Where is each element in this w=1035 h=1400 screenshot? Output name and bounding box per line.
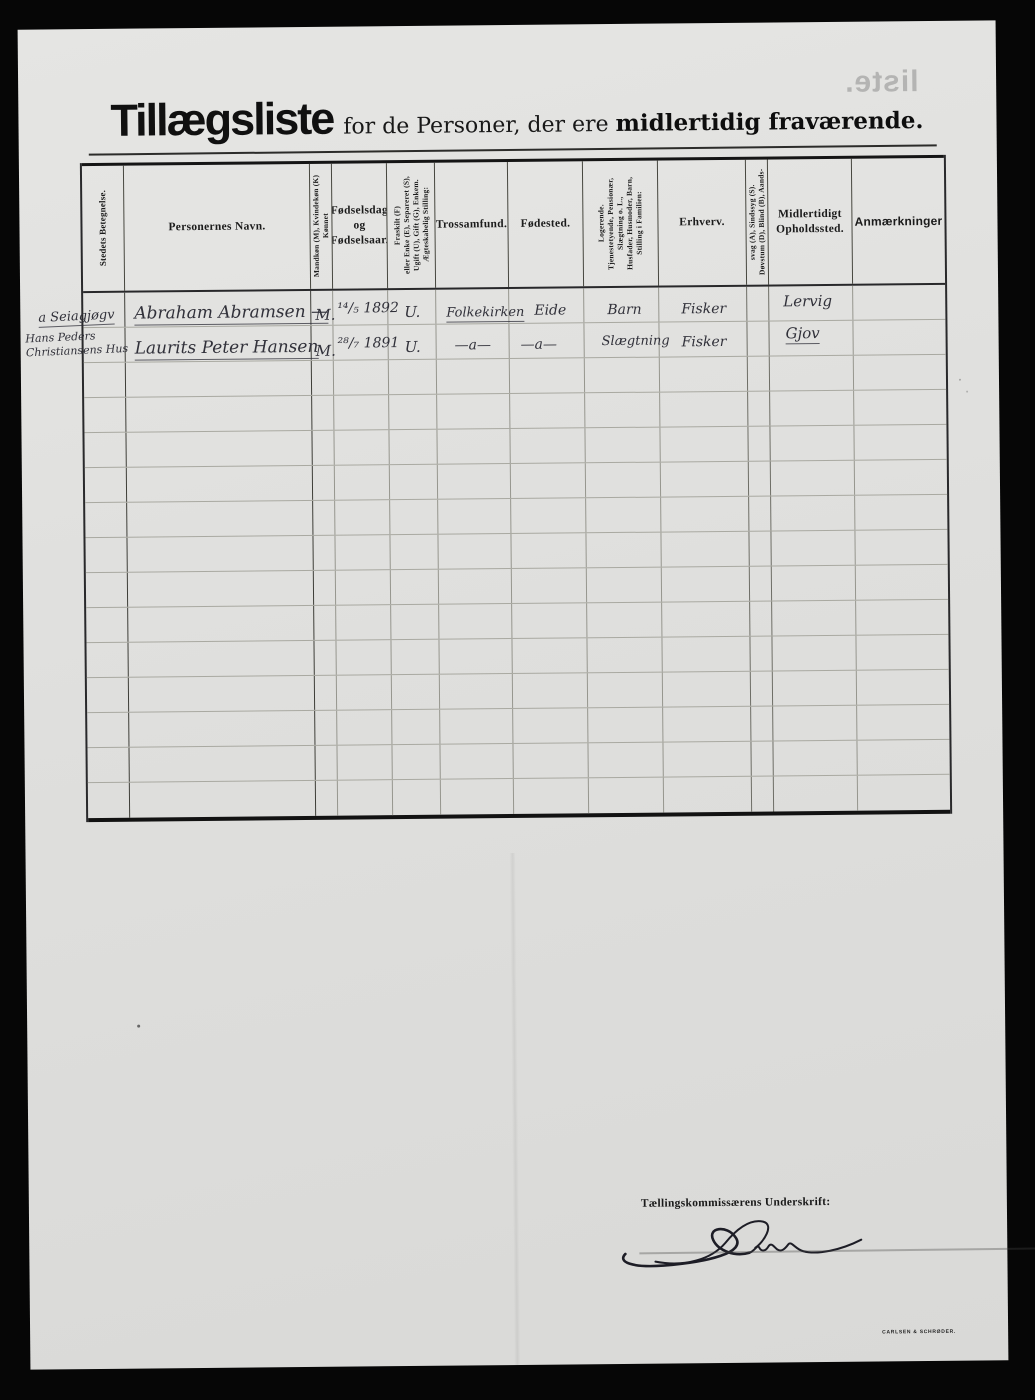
table-cell xyxy=(660,427,748,462)
table-cell xyxy=(511,498,586,533)
table-cell xyxy=(773,706,857,741)
table-cell xyxy=(585,358,660,393)
table-cell xyxy=(511,463,586,498)
table-cell xyxy=(587,603,662,638)
table-cell xyxy=(589,778,664,814)
table-row xyxy=(88,775,950,818)
table-cell xyxy=(313,536,335,570)
table-cell xyxy=(855,460,947,495)
table-cell xyxy=(314,606,336,640)
table-cell xyxy=(338,780,393,816)
table-cell xyxy=(126,431,312,467)
table-cell xyxy=(664,777,752,813)
table-cell xyxy=(87,748,129,782)
table-cell xyxy=(337,710,392,745)
ink-speck xyxy=(966,391,968,393)
table-cell xyxy=(586,498,661,533)
table-cell xyxy=(855,495,947,530)
table-cell xyxy=(440,744,513,779)
table-cell xyxy=(129,746,315,782)
table-cell xyxy=(312,431,334,465)
table-cell xyxy=(514,778,589,814)
table-cell xyxy=(662,602,750,637)
table-cell xyxy=(129,676,315,712)
table-cell xyxy=(773,741,857,776)
table-cell xyxy=(663,707,751,742)
table-cell xyxy=(392,710,440,744)
table-cell xyxy=(335,535,390,570)
table-cell xyxy=(84,398,126,432)
title-subtitle-emphasis: midlertidig fraværende. xyxy=(615,107,923,137)
table-cell xyxy=(661,497,749,532)
table-cell xyxy=(748,357,770,391)
table-cell xyxy=(126,396,312,432)
table-cell xyxy=(747,322,769,356)
table-cell xyxy=(390,465,438,499)
table-cell xyxy=(438,464,511,499)
header-stilling-i-familien: Stilling i Familien: Husfader, Husmoder,… xyxy=(583,161,659,287)
table-cell xyxy=(750,637,772,671)
table-cell xyxy=(855,530,947,565)
table-cell xyxy=(86,608,128,642)
table-cell xyxy=(853,285,945,320)
title-main: Tillægsliste xyxy=(110,93,333,147)
table-cell xyxy=(437,359,510,394)
table-cell xyxy=(389,395,437,429)
table-cell xyxy=(315,711,337,745)
table-cell xyxy=(772,601,856,636)
table-cell xyxy=(336,570,391,605)
table-cell xyxy=(128,606,314,642)
table-cell xyxy=(770,426,854,461)
table-cell xyxy=(513,743,588,778)
table-cell xyxy=(588,743,663,778)
table-body xyxy=(83,285,950,822)
record2-occupation: Fisker xyxy=(682,334,727,350)
table-cell xyxy=(336,640,391,675)
ink-speck xyxy=(959,379,961,381)
table-cell xyxy=(393,780,441,815)
table-cell xyxy=(335,465,390,500)
table-cell xyxy=(771,531,855,566)
table-cell xyxy=(313,501,335,535)
table-cell xyxy=(512,638,587,673)
table-cell xyxy=(749,497,771,531)
table-cell xyxy=(771,461,855,496)
table-cell xyxy=(660,357,748,392)
table-cell xyxy=(512,603,587,638)
table-cell xyxy=(772,636,856,671)
table-cell xyxy=(334,360,389,395)
table-cell xyxy=(337,745,392,780)
table-cell xyxy=(88,783,130,818)
table-cell xyxy=(857,670,949,705)
record1-name: Abraham Abramsen — xyxy=(134,302,328,326)
table-cell xyxy=(314,641,336,675)
table-cell xyxy=(586,533,661,568)
ink-speck xyxy=(137,1025,140,1028)
record2-place: Hans Peders Christiansens Hus xyxy=(25,328,128,361)
table-cell xyxy=(771,496,855,531)
record1-birthplace: Eide xyxy=(534,302,566,318)
header-aegteskabelig-stilling: Ægteskabelig Stilling: Ugift (U), Gift (… xyxy=(387,163,436,288)
table-cell xyxy=(663,742,751,777)
table-cell xyxy=(774,776,858,812)
record1-place: a Seiagjøgv xyxy=(38,307,115,327)
table-cell xyxy=(857,740,949,775)
record1-family-position: Barn xyxy=(607,302,641,318)
table-cell xyxy=(857,705,949,740)
table-cell xyxy=(84,433,126,467)
table-cell xyxy=(748,427,770,461)
table-cell xyxy=(854,425,946,460)
table-cell xyxy=(858,775,950,811)
table-cell xyxy=(391,640,439,674)
title-rule xyxy=(89,144,937,155)
table-cell xyxy=(510,428,585,463)
table-cell xyxy=(336,605,391,640)
table-cell xyxy=(773,671,857,706)
table-cell xyxy=(312,396,334,430)
printer-imprint: CARLSEN & SCHRØDER. xyxy=(882,1329,956,1336)
header-erhverv: Erhverv. xyxy=(658,160,747,286)
table-cell xyxy=(588,708,663,743)
scan-background: { "document": { "title_main": "Tillægsli… xyxy=(0,0,1035,1400)
table-cell xyxy=(750,567,772,601)
table-cell xyxy=(87,678,129,712)
table-cell xyxy=(752,777,774,812)
table-cell xyxy=(335,500,390,535)
table-cell xyxy=(128,571,314,607)
record2-birth-date: ²⁸/₇ 1891 xyxy=(338,335,400,352)
table-cell xyxy=(315,746,337,780)
record2-religion: —a— xyxy=(455,337,492,353)
page-title: Tillægsliste for de Personer, der ere mi… xyxy=(110,87,923,147)
table-cell xyxy=(440,709,513,744)
table-cell xyxy=(85,538,127,572)
header-trossamfund: Trossamfund. xyxy=(435,162,509,288)
table-cell xyxy=(440,674,513,709)
table-cell xyxy=(316,781,338,816)
signature-stroke xyxy=(615,1206,876,1280)
table-cell xyxy=(127,466,313,502)
table-cell xyxy=(747,287,769,321)
table-cell xyxy=(130,781,316,818)
table-cell xyxy=(856,635,948,670)
table-cell xyxy=(439,639,512,674)
header-personernes-navn: Personernes Navn. xyxy=(124,164,311,291)
table-cell xyxy=(315,676,337,710)
table-cell xyxy=(85,468,127,502)
table-cell xyxy=(770,356,854,391)
table-cell xyxy=(661,532,749,567)
table-cell xyxy=(662,637,750,672)
table-cell xyxy=(660,392,748,427)
table-cell xyxy=(772,566,856,601)
record2-sex: M. xyxy=(316,342,336,360)
record2-birthplace: —a— xyxy=(521,337,558,353)
record1-marital-status: U. xyxy=(404,303,420,321)
table-cell xyxy=(86,573,128,607)
table-cell xyxy=(439,569,512,604)
title-subtitle: for de Personer, der ere xyxy=(343,112,609,140)
table-cell xyxy=(770,391,854,426)
table-cell xyxy=(854,355,946,390)
record2-name: Laurits Peter Hansen xyxy=(135,337,319,361)
table-cell xyxy=(853,320,945,355)
table-cell xyxy=(389,430,437,464)
table-cell xyxy=(389,360,437,394)
table-cell xyxy=(314,571,336,605)
table-cell xyxy=(437,429,510,464)
table-cell xyxy=(587,638,662,673)
table-cell xyxy=(392,745,440,779)
table-cell xyxy=(391,570,439,604)
header-foedested: Fødested. xyxy=(508,161,584,287)
table-cell xyxy=(751,742,773,776)
header-midlertidigt-opholdssted: Midlertidigt Opholdssted. xyxy=(768,159,853,285)
table-cell xyxy=(750,602,772,636)
table-cell xyxy=(334,395,389,430)
table-cell xyxy=(513,708,588,743)
table-cell xyxy=(126,361,312,397)
table-cell xyxy=(390,535,438,569)
table-cell xyxy=(337,675,392,710)
table-cell xyxy=(661,462,749,497)
paper-crease xyxy=(510,853,521,1365)
table-cell xyxy=(586,463,661,498)
table-cell xyxy=(587,568,662,603)
table-cell xyxy=(513,673,588,708)
table-cell xyxy=(438,499,511,534)
table-cell xyxy=(856,600,948,635)
table-cell xyxy=(751,672,773,706)
header-doevstum: Døvstum (D), Blind (B), Aands- svag (A),… xyxy=(746,160,769,285)
table-cell xyxy=(313,466,335,500)
record1-occupation: Fisker xyxy=(681,301,726,317)
table-cell xyxy=(86,643,128,677)
header-foedselsdag: Fødselsdag og Fødselsaar. xyxy=(332,163,388,289)
record1-religion: Folkekirken xyxy=(446,305,524,323)
table-cell xyxy=(437,394,510,429)
record2-marital-status: U. xyxy=(405,338,421,356)
table-cell xyxy=(854,390,946,425)
table-cell xyxy=(510,393,585,428)
table-cell xyxy=(84,363,126,397)
table-cell xyxy=(751,707,773,741)
record1-sex: M. xyxy=(315,306,335,324)
record2-temporary-residence: Gjov xyxy=(785,324,819,344)
header-anmaerkninger: Anmærkninger xyxy=(852,158,945,284)
table-cell xyxy=(127,501,313,537)
table-cell xyxy=(390,500,438,534)
table-header-row: Stedets Betegnelse. Personernes Navn. Kø… xyxy=(82,155,945,293)
table-cell xyxy=(392,675,440,709)
table-cell xyxy=(662,567,750,602)
header-koennet: Kønnet Mandkøn (M), Kvindekøn (K) xyxy=(310,164,333,289)
paper: liste. Tillægsliste for de Personer, der… xyxy=(18,20,1009,1369)
record2-family-position: Slægtning xyxy=(602,333,670,349)
record1-birth-date: ¹⁴/₅ 1892 xyxy=(337,300,399,317)
table-cell xyxy=(334,430,389,465)
census-table: Stedets Betegnelse. Personernes Navn. Kø… xyxy=(80,155,952,822)
table-cell xyxy=(511,533,586,568)
table-cell xyxy=(438,534,511,569)
table-cell xyxy=(510,358,585,393)
table-cell xyxy=(585,428,660,463)
table-cell xyxy=(127,536,313,572)
table-cell xyxy=(512,568,587,603)
table-cell xyxy=(585,393,660,428)
record1-temporary-residence: Lervig xyxy=(783,292,832,310)
header-stedets-betegnelse: Stedets Betegnelse. xyxy=(82,166,125,291)
table-cell xyxy=(391,605,439,639)
table-cell xyxy=(856,565,948,600)
table-cell xyxy=(441,779,514,815)
table-cell xyxy=(85,503,127,537)
table-cell xyxy=(439,604,512,639)
table-cell xyxy=(128,641,314,677)
table-cell xyxy=(87,713,129,747)
table-cell xyxy=(129,711,315,747)
table-cell xyxy=(588,673,663,708)
table-cell xyxy=(748,392,770,426)
table-cell xyxy=(663,672,751,707)
table-cell xyxy=(749,462,771,496)
table-cell xyxy=(312,361,334,395)
table-cell xyxy=(749,532,771,566)
